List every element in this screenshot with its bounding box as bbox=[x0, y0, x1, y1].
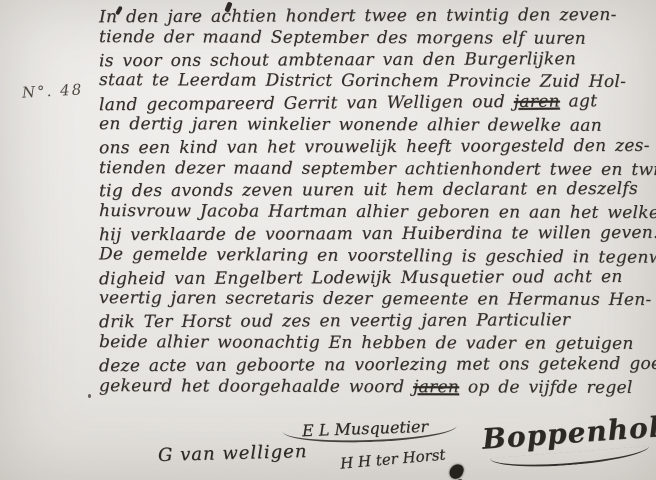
manuscript-line: In den jare achtien hondert twee en twin… bbox=[99, 5, 651, 29]
manuscript-line: veertig jaren secretaris dezer gemeente … bbox=[99, 288, 651, 312]
manuscript-lines: In den jare achtien hondert twee en twin… bbox=[99, 6, 651, 398]
manuscript-line: huisvrouw Jacoba Hartman alhier geboren … bbox=[99, 201, 651, 225]
manuscript-text: In den jare achtien hondert twee en twin… bbox=[99, 5, 617, 27]
manuscript-line: drik Ter Horst oud zes en veertig jaren … bbox=[99, 310, 651, 334]
manuscript-text: ons een kind van het vrouwelijk heeft vo… bbox=[99, 136, 650, 158]
manuscript-line: hij verklaarde de voornaam van Huiberdin… bbox=[99, 223, 651, 247]
manuscript-line: digheid van Engelbert Lodewijk Musquetie… bbox=[99, 266, 651, 290]
manuscript-text: huisvrouw Jacoba Hartman alhier geboren … bbox=[99, 201, 656, 223]
manuscript-text: gekeurd het doorgehaalde woord bbox=[99, 376, 413, 397]
manuscript-text: en dertig jaren winkelier wonende alhier… bbox=[99, 114, 602, 136]
manuscript-line: beide alhier woonachtig En hebben de vad… bbox=[99, 332, 651, 356]
manuscript-text: veertig jaren secretaris dezer gemeente … bbox=[99, 288, 652, 310]
manuscript-text: op de vijfde regel bbox=[459, 377, 633, 398]
manuscript-line: en dertig jaren winkelier wonende alhier… bbox=[99, 114, 651, 138]
manuscript-line: deze acte van geboorte na voorlezing met… bbox=[99, 354, 651, 378]
manuscript-text: hij verklaarde de voornaam van Huiberdin… bbox=[99, 223, 656, 245]
manuscript-line: land gecompareerd Gerrit van Welligen ou… bbox=[99, 91, 651, 117]
manuscript-text: tiende der maand September des morgens e… bbox=[99, 27, 586, 49]
signature-musquetier: E L Musquetier bbox=[302, 417, 429, 440]
manuscript-line: tiende der maand September des morgens e… bbox=[99, 27, 651, 51]
struck-word: jaren bbox=[413, 377, 459, 397]
ink-mark bbox=[88, 394, 91, 398]
manuscript-text: is voor ons schout ambtenaar van den Bur… bbox=[99, 49, 576, 71]
manuscript-text: tig des avonds zeven uuren uit hem decla… bbox=[99, 179, 638, 201]
manuscript-text: digheid van Engelbert Lodewijk Musquetie… bbox=[99, 266, 623, 288]
manuscript-text: agt bbox=[560, 91, 598, 111]
manuscript-line: tienden dezer maand september achtienhon… bbox=[99, 158, 651, 182]
manuscript-text: De gemelde verklaring en voorstelling is… bbox=[99, 244, 656, 268]
manuscript-text: staat te Leerdam District Gorinchem Prov… bbox=[99, 70, 626, 92]
ink-blot bbox=[448, 462, 465, 480]
manuscript-text: deze acte van geboorte na voorlezing met… bbox=[99, 353, 656, 376]
manuscript-line: gekeurd het doorgehaalde woord jaren op … bbox=[99, 376, 651, 400]
manuscript-text: beide alhier woonachtig En hebben de vad… bbox=[99, 332, 634, 354]
manuscript-text: tienden dezer maand september achtienhon… bbox=[99, 158, 656, 180]
signature-ter-horst: H H ter Horst bbox=[339, 445, 446, 472]
manuscript-line: De gemelde verklaring en voorstelling is… bbox=[99, 244, 651, 269]
signature-van-welligen: G van welligen bbox=[158, 441, 308, 466]
manuscript-line: tig des avonds zeven uuren uit hem decla… bbox=[99, 179, 651, 203]
document-page: N°. 48 In den jare achtien hondert twee … bbox=[0, 0, 656, 480]
manuscript-text: land gecompareerd Gerrit van Welligen ou… bbox=[99, 92, 514, 115]
manuscript-line: ons een kind van het vrouwelijk heeft vo… bbox=[99, 136, 651, 160]
struck-word: jaren bbox=[514, 92, 560, 112]
signature-schout: Boppenhols bbox=[481, 409, 656, 456]
manuscript-line: is voor ons schout ambtenaar van den Bur… bbox=[99, 48, 651, 72]
manuscript-text: drik Ter Horst oud zes en veertig jaren … bbox=[99, 310, 570, 332]
act-number: N°. 48 bbox=[22, 80, 84, 101]
